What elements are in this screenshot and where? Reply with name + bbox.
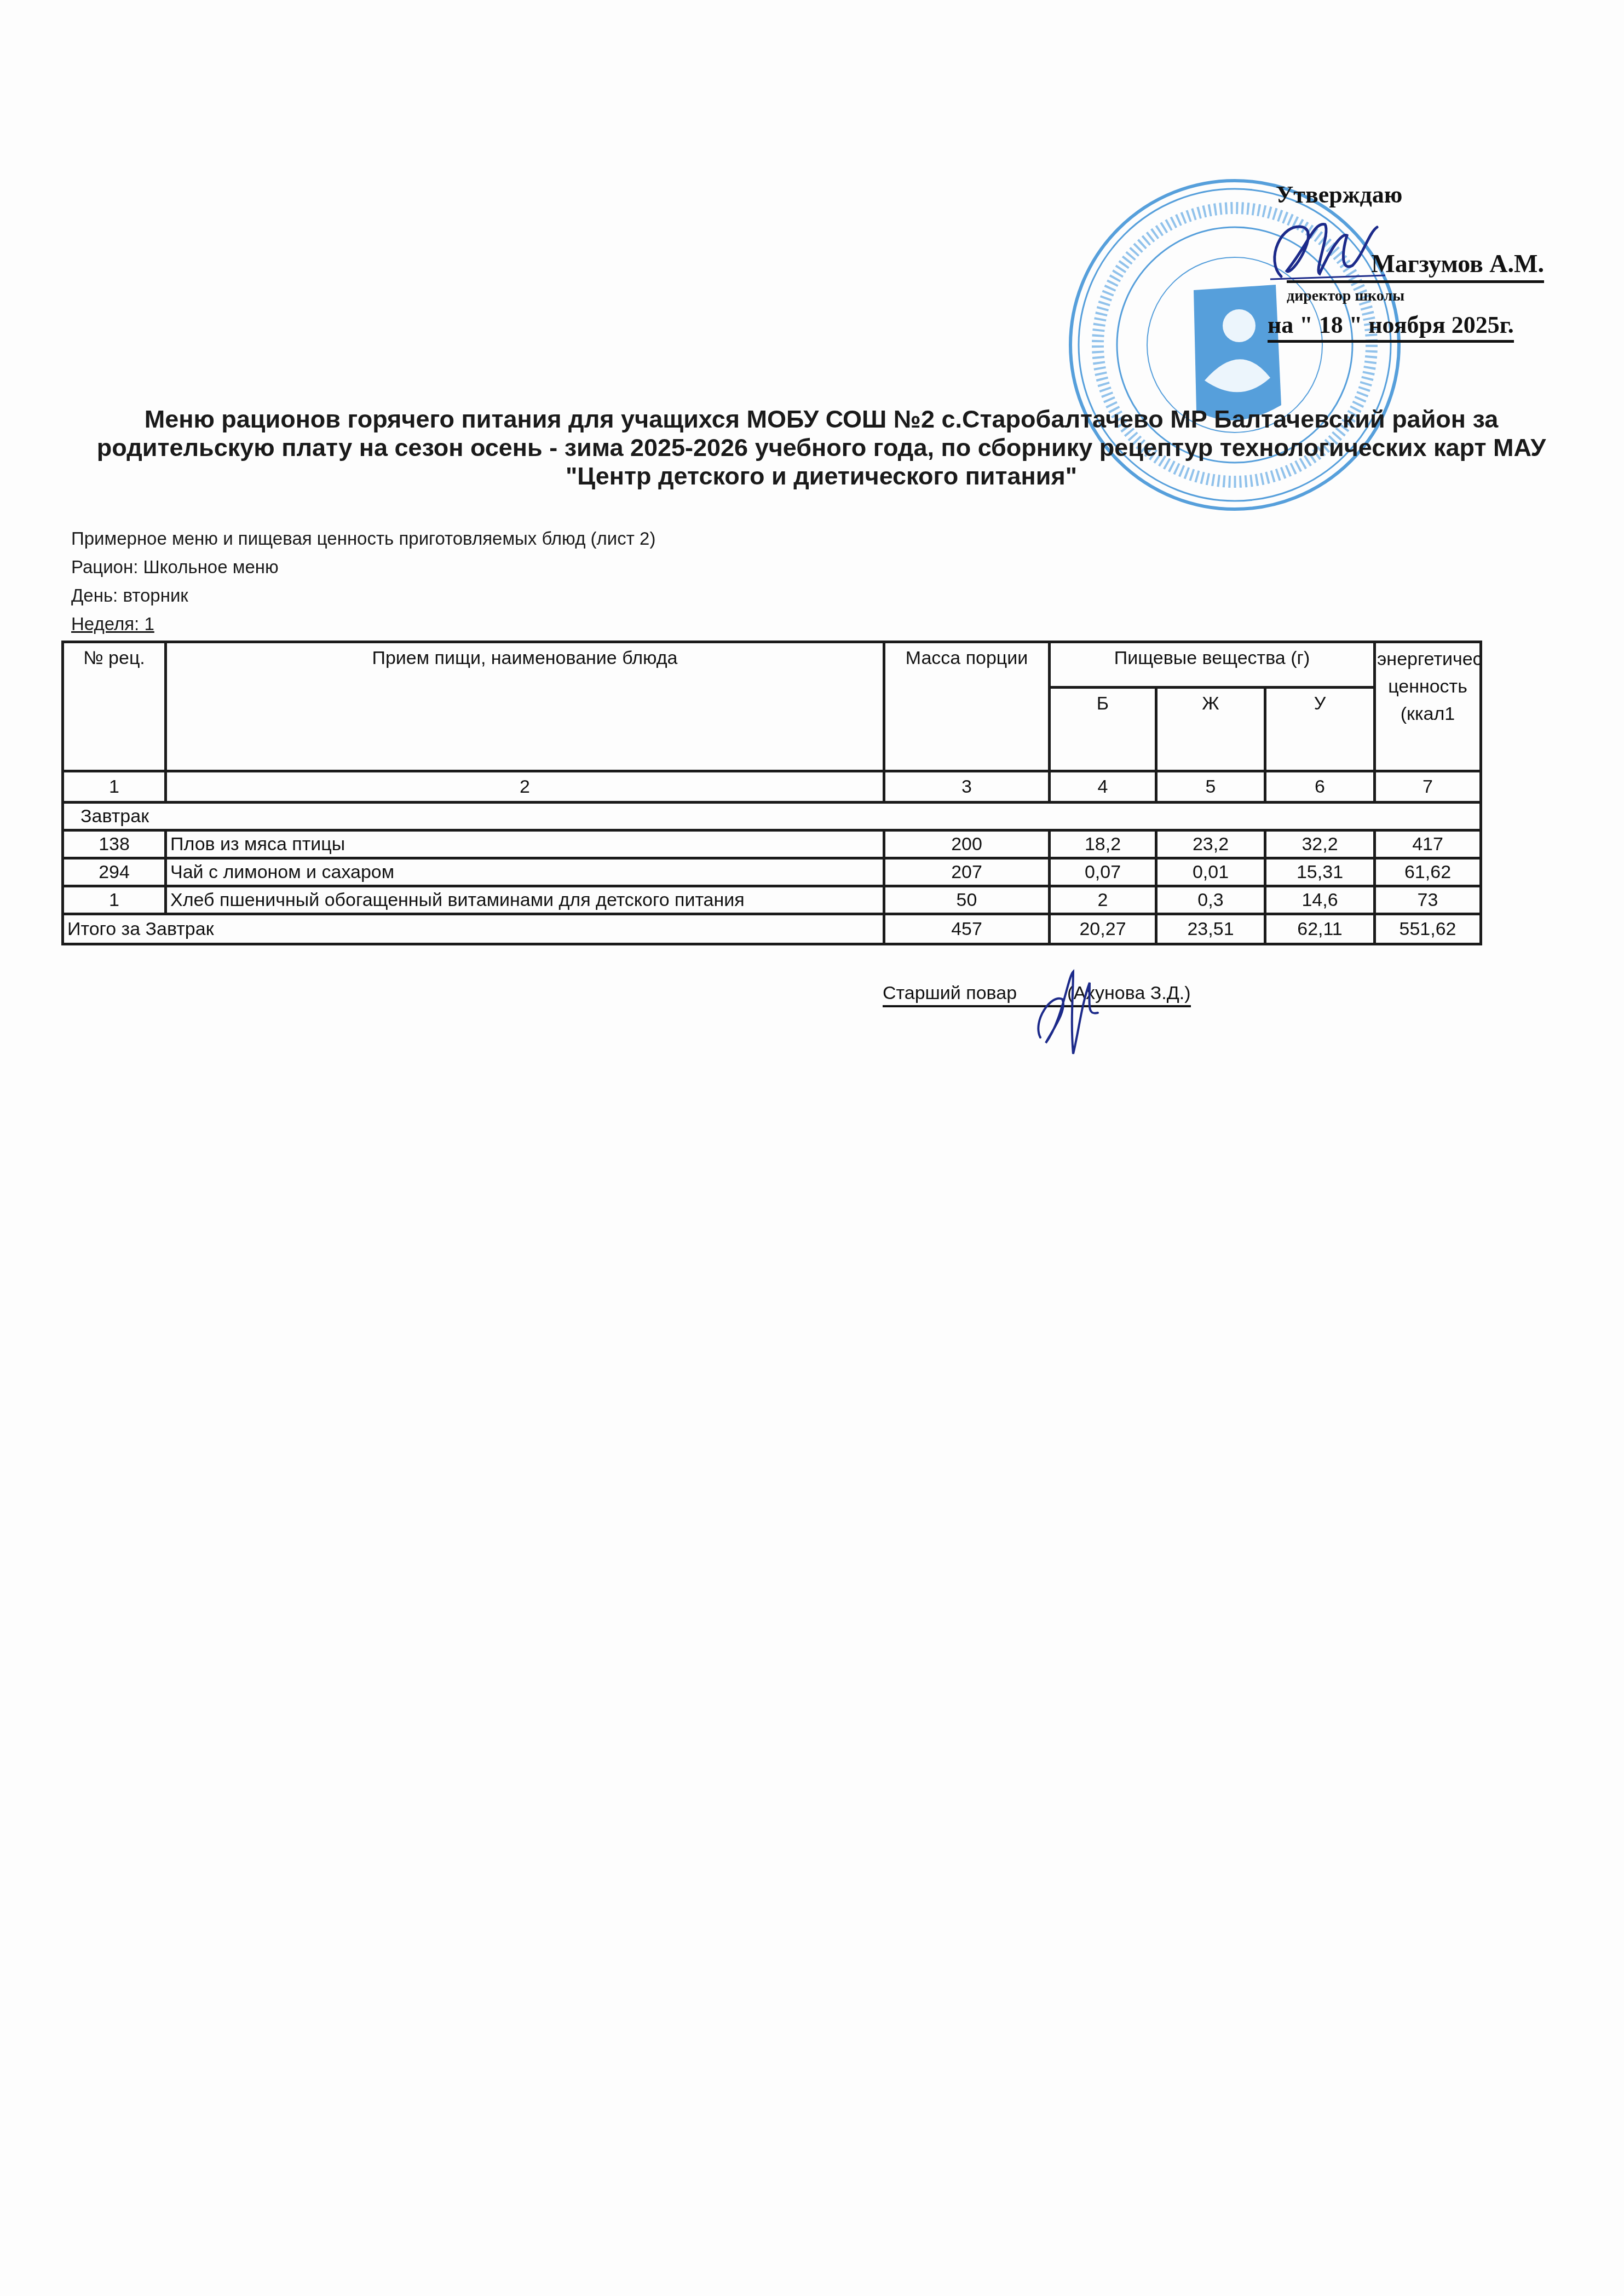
header-energy: энергетическая ценность (ккал1 [1375, 642, 1481, 771]
table-row: 1 Хлеб пшеничный обогащенный витаминами … [63, 886, 1481, 914]
carbs: 15,31 [1265, 858, 1375, 886]
dish-name: Чай с лимоном и сахаром [166, 858, 884, 886]
sheet-caption: Примерное меню и пищевая ценность пригот… [71, 528, 655, 549]
cook-signature [1029, 961, 1101, 1065]
dish-name: Хлеб пшеничный обогащенный витаминами дл… [166, 886, 884, 914]
recipe-no: 1 [63, 886, 166, 914]
header-mass: Масса порции [884, 642, 1050, 771]
total-carbs: 62,11 [1265, 914, 1375, 944]
column-number-row: 1 2 3 4 5 6 7 [63, 771, 1481, 803]
column-number: 3 [884, 771, 1050, 803]
cook-title: Старший повар [883, 983, 1017, 1004]
meal-section-breakfast: Завтрак [63, 803, 1481, 830]
total-energy: 551,62 [1375, 914, 1481, 944]
total-label: Итого за Завтрак [63, 914, 884, 944]
header-fat: Ж [1156, 688, 1265, 771]
column-number: 7 [1375, 771, 1481, 803]
title-line-3: "Центр детского и диетического питания" [82, 462, 1560, 491]
column-number: 6 [1265, 771, 1375, 803]
mass: 200 [884, 830, 1050, 858]
table-row: 138 Плов из мяса птицы 200 18,2 23,2 32,… [63, 830, 1481, 858]
recipe-no: 138 [63, 830, 166, 858]
header-dish: Прием пищи, наименование блюда [166, 642, 884, 771]
fat: 0,3 [1156, 886, 1265, 914]
header-nutrients: Пищевые вещества (г) [1050, 642, 1375, 688]
energy: 417 [1375, 830, 1481, 858]
carbs: 32,2 [1265, 830, 1375, 858]
header-protein: Б [1050, 688, 1156, 771]
title-line-2: родительскую плату на сезон осень - зима… [82, 434, 1560, 462]
menu-table: № рец. Прием пищи, наименование блюда Ма… [61, 641, 1482, 945]
carbs: 14,6 [1265, 886, 1375, 914]
total-fat: 23,51 [1156, 914, 1265, 944]
ration-label: Рацион: Школьное меню [71, 557, 279, 578]
total-mass: 457 [884, 914, 1050, 944]
recipe-no: 294 [63, 858, 166, 886]
column-number: 4 [1050, 771, 1156, 803]
column-number: 1 [63, 771, 166, 803]
approval-title: Утверждаю [1276, 181, 1402, 209]
approver-position: директор школы [1287, 287, 1404, 305]
table-row: 294 Чай с лимоном и сахаром 207 0,07 0,0… [63, 858, 1481, 886]
mass: 207 [884, 858, 1050, 886]
approver-name: Магзумов А.М. [1287, 249, 1544, 283]
protein: 18,2 [1050, 830, 1156, 858]
day-label: День: вторник [71, 585, 188, 606]
column-number: 2 [166, 771, 884, 803]
total-protein: 20,27 [1050, 914, 1156, 944]
week-label: Неделя: 1 [71, 614, 154, 634]
protein: 0,07 [1050, 858, 1156, 886]
document-title: Меню рационов горячего питания для учащи… [82, 405, 1560, 491]
energy: 61,62 [1375, 858, 1481, 886]
fat: 0,01 [1156, 858, 1265, 886]
approval-date: на " 18 " ноября 2025г. [1268, 311, 1514, 343]
dish-name: Плов из мяса птицы [166, 830, 884, 858]
mass: 50 [884, 886, 1050, 914]
energy: 73 [1375, 886, 1481, 914]
column-number: 5 [1156, 771, 1265, 803]
header-carbs: У [1265, 688, 1375, 771]
header-recipe-no: № рец. [63, 642, 166, 771]
fat: 23,2 [1156, 830, 1265, 858]
title-line-1: Меню рационов горячего питания для учащи… [82, 405, 1560, 434]
total-row: Итого за Завтрак 457 20,27 23,51 62,11 5… [63, 914, 1481, 944]
protein: 2 [1050, 886, 1156, 914]
